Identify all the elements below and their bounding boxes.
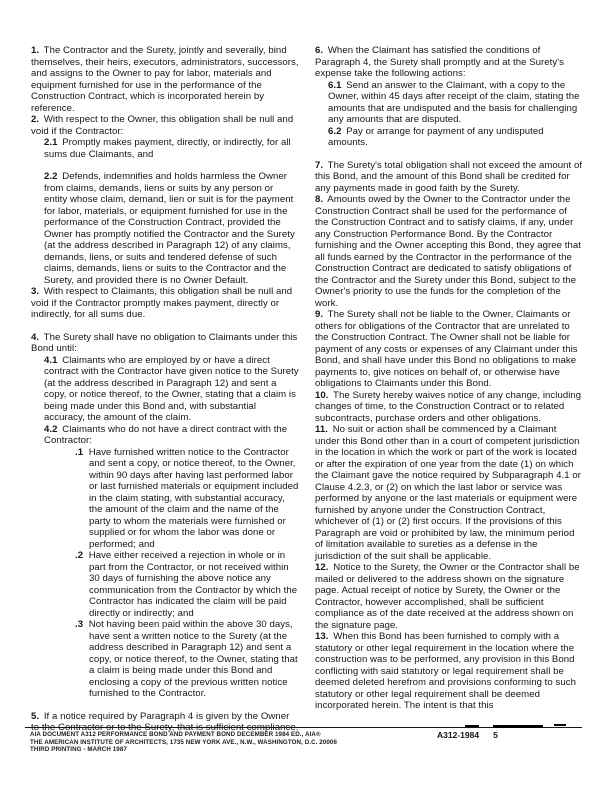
paragraph-number: 2.1 — [44, 137, 58, 148]
paragraph-number: 9. — [315, 309, 323, 320]
rule-artifact — [554, 724, 566, 726]
paragraph-number: 7. — [315, 160, 323, 171]
paragraph-text: Send an answer to the Claimant, with a c… — [328, 80, 580, 126]
paragraph-6: 6. When the Claimant has satisfied the c… — [315, 45, 583, 80]
paragraph-text: Claimants who do not have a direct contr… — [44, 424, 287, 447]
paragraph-number: 2.2 — [44, 171, 58, 182]
paragraph-number: 6.2 — [328, 126, 342, 137]
paragraph-number: 4. — [31, 332, 39, 343]
paragraph-text: Promptly makes payment, directly, or ind… — [44, 137, 291, 160]
paragraph-text: The Surety's total obligation shall not … — [315, 160, 582, 194]
document-page: 1. The Contractor and the Surety, jointl… — [0, 0, 609, 800]
paragraph-text: When this Bond has been furnished to com… — [315, 631, 576, 711]
paragraph-text: With respect to the Owner, this obligati… — [31, 114, 293, 137]
paragraph-1: .1 Have furnished written notice to the … — [75, 447, 299, 551]
left-column: 1. The Contractor and the Surety, jointl… — [31, 45, 299, 734]
paragraph-text: With respect to Claimants, this obligati… — [31, 286, 292, 320]
paragraph-text: No suit or action shall be commenced by … — [315, 424, 581, 562]
rule-artifact — [465, 725, 479, 727]
paragraph-text: The Surety hereby waives notice of any c… — [315, 390, 581, 424]
doc-ref-label: A312-1984 — [437, 730, 479, 740]
paragraph-4: 4. The Surety shall have no obligation t… — [31, 332, 299, 355]
paragraph-10: 10. The Surety hereby waives notice of a… — [315, 390, 583, 425]
paragraph-text: The Contractor and the Surety, jointly a… — [31, 45, 299, 114]
paragraph-2: .2 Have either received a rejection in w… — [75, 550, 299, 619]
paragraph-22: 2.2 Defends, indemnifies and holds harml… — [44, 171, 299, 286]
footer-credit-line: THE AMERICAN INSTITUTE OF ARCHITECTS, 17… — [30, 739, 337, 747]
paragraph-1: 1. The Contractor and the Surety, jointl… — [31, 45, 299, 114]
paragraph-11: 11. No suit or action shall be commenced… — [315, 424, 583, 562]
paragraph-number: 2. — [31, 114, 39, 125]
paragraph-text: Have either received a rejection in whol… — [89, 550, 297, 619]
footer-divider-rule — [25, 727, 582, 728]
footer-credit-line: AIA DOCUMENT A312 PERFORMANCE BOND AND P… — [30, 731, 337, 739]
paragraph-12: 12. Notice to the Surety, the Owner or t… — [315, 562, 583, 631]
paragraph-number: 12. — [315, 562, 329, 573]
paragraph-41: 4.1 Claimants who are employed by or hav… — [44, 355, 299, 424]
paragraph-text: Amounts owed by the Owner to the Contrac… — [315, 194, 581, 309]
paragraph-62: 6.2 Pay or arrange for payment of any un… — [328, 126, 583, 149]
paragraph-text: The Surety shall have no obligation to C… — [31, 332, 297, 355]
document-reference: A312-19845 — [437, 730, 498, 740]
rule-artifact — [493, 725, 543, 728]
paragraph-number: 6.1 — [328, 80, 342, 91]
paragraph-number: 4.1 — [44, 355, 58, 366]
paragraph-number: 10. — [315, 390, 329, 401]
right-column: 6. When the Claimant has satisfied the c… — [315, 45, 583, 734]
paragraph-text: Not having been paid within the above 30… — [89, 619, 298, 699]
paragraph-7: 7. The Surety's total obligation shall n… — [315, 160, 583, 195]
paragraph-text: When the Claimant has satisfied the cond… — [315, 45, 564, 79]
paragraph-9: 9. The Surety shall not be liable to the… — [315, 309, 583, 390]
paragraph-3: 3. With respect to Claimants, this oblig… — [31, 286, 299, 321]
two-column-text-body: 1. The Contractor and the Surety, jointl… — [31, 45, 583, 734]
paragraph-text: Pay or arrange for payment of any undisp… — [328, 126, 544, 149]
paragraph-text: Notice to the Surety, the Owner or the C… — [315, 562, 580, 631]
paragraph-number: 8. — [315, 194, 323, 205]
paragraph-text: Claimants who are employed by or have a … — [44, 355, 299, 424]
paragraph-2: 2. With respect to the Owner, this oblig… — [31, 114, 299, 137]
paragraph-number: 13. — [315, 631, 329, 642]
paragraph-number: 11. — [315, 424, 328, 435]
paragraph-8: 8. Amounts owed by the Owner to the Cont… — [315, 194, 583, 309]
paragraph-number: 3. — [31, 286, 39, 297]
footer-credit-line: THIRD PRINTING - MARCH 1987 — [30, 746, 337, 754]
paragraph-61: 6.1 Send an answer to the Claimant, with… — [328, 80, 583, 126]
paragraph-13: 13. When this Bond has been furnished to… — [315, 631, 583, 712]
paragraph-text: Defends, indemnifies and holds harmless … — [44, 171, 295, 286]
paragraph-number: 1. — [31, 45, 39, 56]
paragraph-number: 6. — [315, 45, 323, 56]
paragraph-text: Have furnished written notice to the Con… — [89, 447, 299, 550]
paragraph-text: If a notice required by Paragraph 4 is g… — [31, 711, 298, 734]
page-number: 5 — [493, 730, 498, 740]
paragraph-3: .3 Not having been paid within the above… — [75, 619, 299, 700]
paragraph-number: .2 — [75, 550, 86, 562]
paragraph-number: 4.2 — [44, 424, 58, 435]
paragraph-number: .3 — [75, 619, 86, 631]
paragraph-number: 5. — [31, 711, 39, 722]
paragraph-42: 4.2 Claimants who do not have a direct c… — [44, 424, 299, 447]
paragraph-text: The Surety shall not be liable to the Ow… — [315, 309, 578, 389]
footer-credits: AIA DOCUMENT A312 PERFORMANCE BOND AND P… — [30, 731, 337, 754]
paragraph-21: 2.1 Promptly makes payment, directly, or… — [44, 137, 299, 160]
paragraph-number: .1 — [75, 447, 86, 459]
